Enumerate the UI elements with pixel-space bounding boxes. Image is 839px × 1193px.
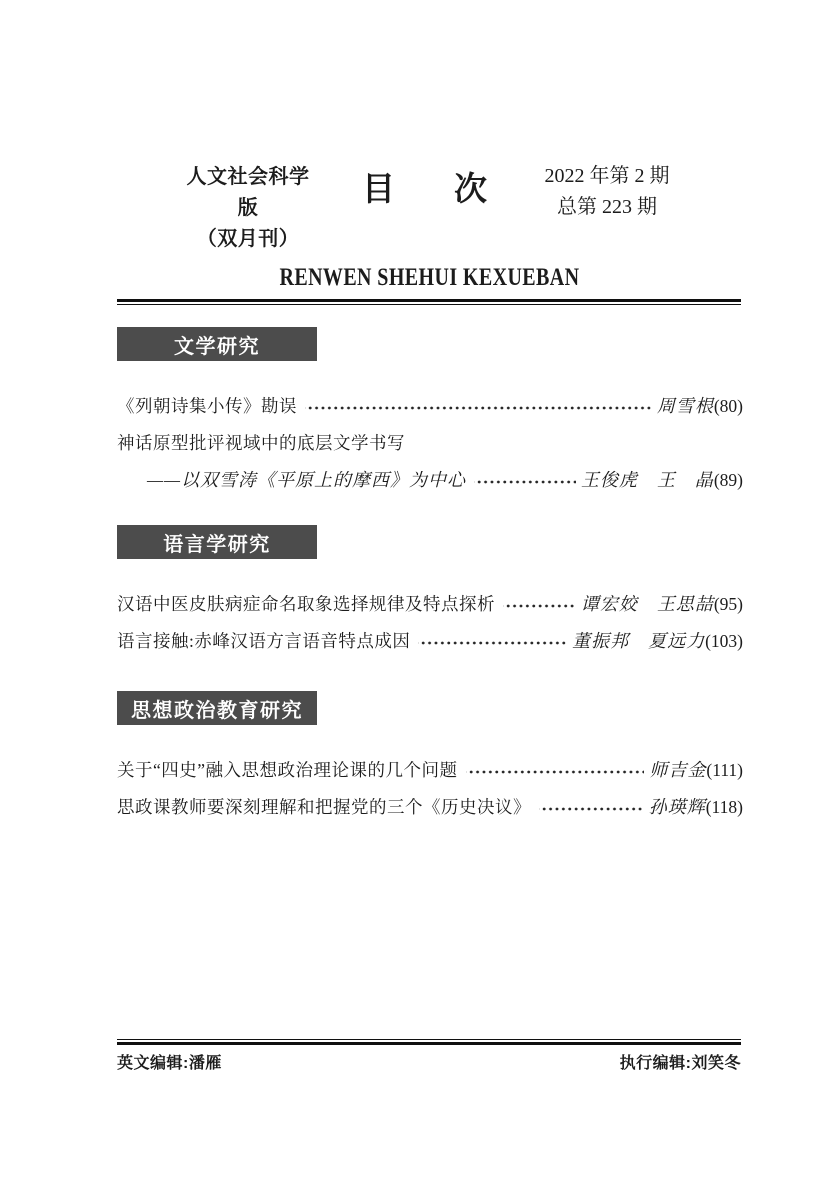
article-authors: 周雪根	[657, 393, 714, 419]
section-header-linguistics: 语言学研究	[117, 525, 317, 559]
issue-number: 2022 年第 2 期	[538, 161, 676, 192]
article-row: 关于“四史”融入思想政治理论课的几个问题 师吉金 (111)	[117, 757, 743, 783]
article-list: 《列朝诗集小传》勘误 周雪根 (80) 神话原型批评视域中的底层文学书写 ——以…	[117, 393, 743, 493]
article-row: 汉语中医皮肤病症命名取象选择规律及特点探析 谭宏姣 王思喆 (95)	[117, 591, 743, 617]
article-page-number: (118)	[706, 794, 743, 820]
article-authors: 谭宏姣 王思喆	[581, 591, 714, 617]
article-page-number: (89)	[714, 467, 743, 493]
header-double-rule	[117, 299, 741, 305]
journal-toc-page: 人文社会科学版 （双月刊） 目 次 2022 年第 2 期 总第 223 期 R…	[0, 0, 839, 1193]
article-page-number: (80)	[714, 393, 743, 419]
dot-leader	[474, 467, 576, 493]
edition-block: 人文社会科学版 （双月刊）	[177, 162, 319, 255]
article-subtitle: ——以双雪涛《平原上的摩西》为中心	[147, 467, 466, 493]
section-ideological-political-education: 思想政治教育研究 关于“四史”融入思想政治理论课的几个问题 师吉金 (111) …	[117, 691, 743, 820]
dot-leader	[418, 628, 567, 654]
footer-double-rule	[117, 1039, 741, 1045]
issue-block: 2022 年第 2 期 总第 223 期	[538, 161, 676, 223]
article-title: 《列朝诗集小传》勘误	[117, 393, 297, 419]
article-authors: 孙瑛辉	[649, 794, 706, 820]
section-header-literature: 文学研究	[117, 327, 317, 361]
article-list: 关于“四史”融入思想政治理论课的几个问题 师吉金 (111) 思政课教师要深刻理…	[117, 757, 743, 820]
pinyin-title: RENWEN SHEHUI KEXUEBAN	[279, 264, 579, 292]
section-header-ideological-political-education: 思想政治教育研究	[117, 691, 317, 725]
edition-label: 人文社会科学版	[177, 162, 319, 224]
article-title: 关于“四史”融入思想政治理论课的几个问题	[117, 757, 458, 783]
toc-title: 目 次	[362, 163, 500, 210]
article-authors: 师吉金	[649, 757, 706, 783]
article-authors: 董振邦 夏远力	[572, 628, 705, 654]
pinyin-title-wrap: RENWEN SHEHUI KEXUEBAN	[117, 264, 741, 292]
article-subtitle-row: ——以双雪涛《平原上的摩西》为中心 王俊虎 王 晶 (89)	[117, 467, 743, 493]
section-linguistics: 语言学研究 汉语中医皮肤病症命名取象选择规律及特点探析 谭宏姣 王思喆 (95)…	[117, 525, 743, 654]
article-page-number: (111)	[706, 757, 743, 783]
article-title: 语言接触:赤峰汉语方言语音特点成因	[117, 628, 410, 654]
dot-leader	[503, 591, 576, 617]
frequency-label: （双月刊）	[177, 224, 319, 255]
article-row: 神话原型批评视域中的底层文学书写	[117, 430, 743, 456]
cumulative-issue-number: 总第 223 期	[538, 192, 676, 223]
article-row: 《列朝诗集小传》勘误 周雪根 (80)	[117, 393, 743, 419]
article-list: 汉语中医皮肤病症命名取象选择规律及特点探析 谭宏姣 王思喆 (95) 语言接触:…	[117, 591, 743, 654]
footer: 英文编辑:潘雁 执行编辑:刘笑冬	[117, 1050, 741, 1073]
dot-leader	[305, 393, 652, 419]
section-literature: 文学研究 《列朝诗集小传》勘误 周雪根 (80) 神话原型批评视域中的底层文学书…	[117, 327, 743, 493]
executive-editor-label: 执行编辑:刘笑冬	[620, 1050, 741, 1073]
article-title: 汉语中医皮肤病症命名取象选择规律及特点探析	[117, 591, 495, 617]
article-page-number: (95)	[714, 591, 743, 617]
article-row: 语言接触:赤峰汉语方言语音特点成因 董振邦 夏远力 (103)	[117, 628, 743, 654]
article-page-number: (103)	[705, 628, 743, 654]
dot-leader	[539, 794, 644, 820]
article-row: 思政课教师要深刻理解和把握党的三个《历史决议》 孙瑛辉 (118)	[117, 794, 743, 820]
english-editor-label: 英文编辑:潘雁	[117, 1050, 222, 1073]
article-title: 神话原型批评视域中的底层文学书写	[117, 430, 405, 456]
article-title: 思政课教师要深刻理解和把握党的三个《历史决议》	[117, 794, 531, 820]
article-authors: 王俊虎 王 晶	[581, 467, 714, 493]
dot-leader	[466, 757, 645, 783]
